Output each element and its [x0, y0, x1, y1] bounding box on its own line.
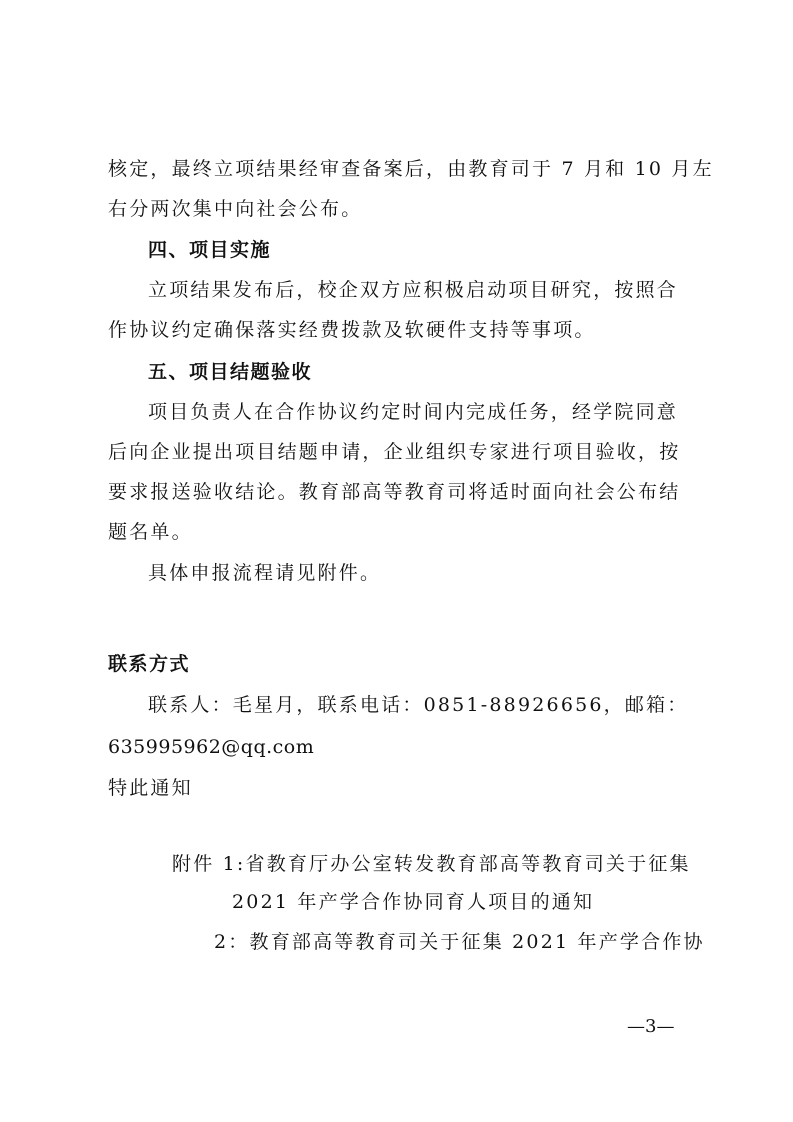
paragraph-line: 右分两次集中向社会公布。 [108, 197, 362, 221]
attachment-1-title: 附件 1:省教育厅办公室转发教育部高等教育司关于征集 [172, 852, 691, 876]
page-number: —3— [627, 1015, 674, 1039]
paragraph-line: 题名单。 [108, 520, 193, 544]
paragraph-line: 要求报送验收结论。教育部高等教育司将适时面向社会公布结 [108, 480, 680, 504]
contact-email: 635995962@qq.com [108, 735, 314, 759]
document-page: 核定，最终立项结果经审查备案后，由教育司于 7 月和 10 月左 右分两次集中向… [0, 0, 793, 1122]
paragraph-line: 具体申报流程请见附件。 [148, 561, 381, 585]
paragraph-line: 核定，最终立项结果经审查备案后，由教育司于 7 月和 10 月左 [108, 157, 714, 181]
section-heading-acceptance: 五、项目结题验收 [148, 360, 312, 384]
contact-info-line: 联系人：毛星月，联系电话：0851-88926656，邮箱： [148, 693, 688, 717]
attachment-1-title-cont: 2021 年产学合作协同育人项目的通知 [232, 890, 594, 914]
closing-text: 特此通知 [108, 776, 193, 800]
paragraph-line: 后向企业提出项目结题申请，企业组织专家进行项目验收，按 [108, 440, 680, 464]
contact-heading: 联系方式 [108, 652, 190, 676]
attachment-2-title: 2：教育部高等教育司关于征集 2021 年产学合作协 [214, 930, 705, 954]
paragraph-line: 作协议约定确保落实经费拨款及软硬件支持等事项。 [108, 318, 596, 342]
paragraph-line: 项目负责人在合作协议约定时间内完成任务，经学院同意 [148, 400, 678, 424]
paragraph-line: 立项结果发布后，校企双方应积极启动项目研究，按照合 [148, 278, 678, 302]
section-heading-implementation: 四、项目实施 [148, 238, 271, 262]
